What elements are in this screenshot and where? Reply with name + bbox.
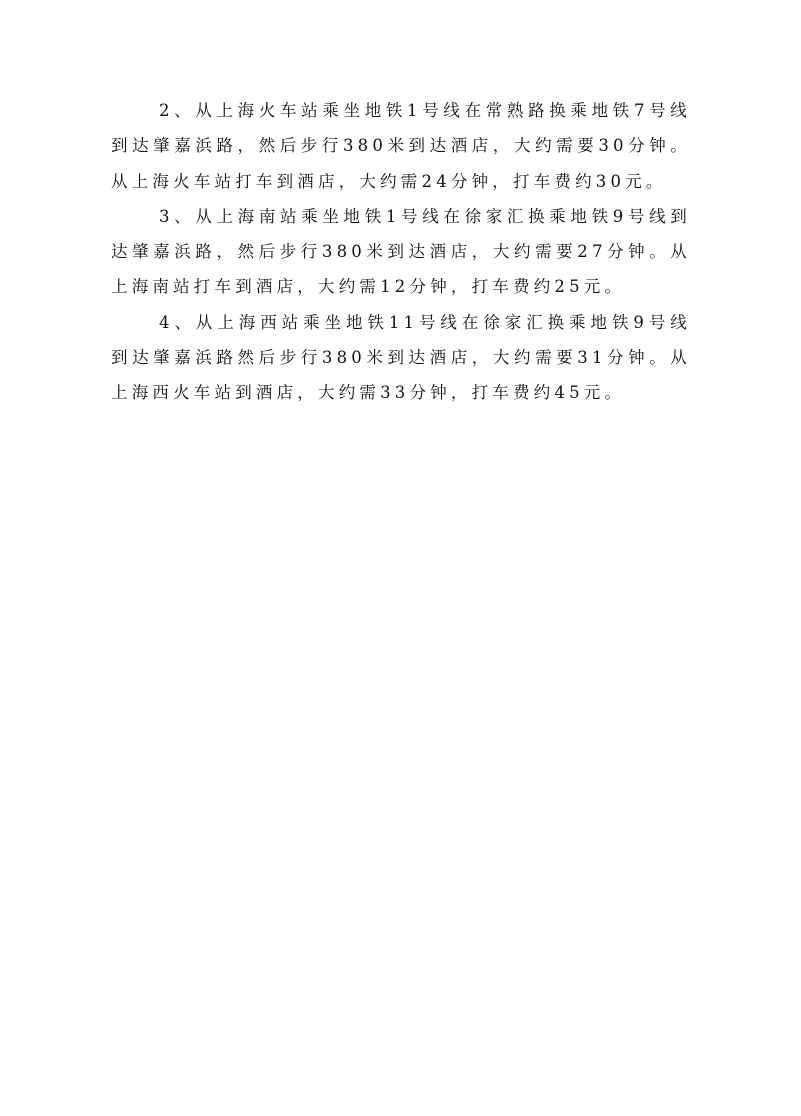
document-page: 2、从上海火车站乘坐地铁1号线在常熟路换乘地铁7号线到达肇嘉浜路，然后步行380…	[0, 0, 801, 1116]
paragraph-route-3: 3、从上海南站乘坐地铁1号线在徐家汇换乘地铁9号线到达肇嘉浜路，然后步行380米…	[111, 199, 691, 305]
paragraph-route-4: 4、从上海西站乘坐地铁11号线在徐家汇换乘地铁9号线到达肇嘉浜路然后步行380米…	[111, 305, 691, 411]
paragraph-route-2: 2、从上海火车站乘坐地铁1号线在常熟路换乘地铁7号线到达肇嘉浜路，然后步行380…	[111, 93, 691, 199]
document-body: 2、从上海火车站乘坐地铁1号线在常熟路换乘地铁7号线到达肇嘉浜路，然后步行380…	[111, 93, 691, 411]
